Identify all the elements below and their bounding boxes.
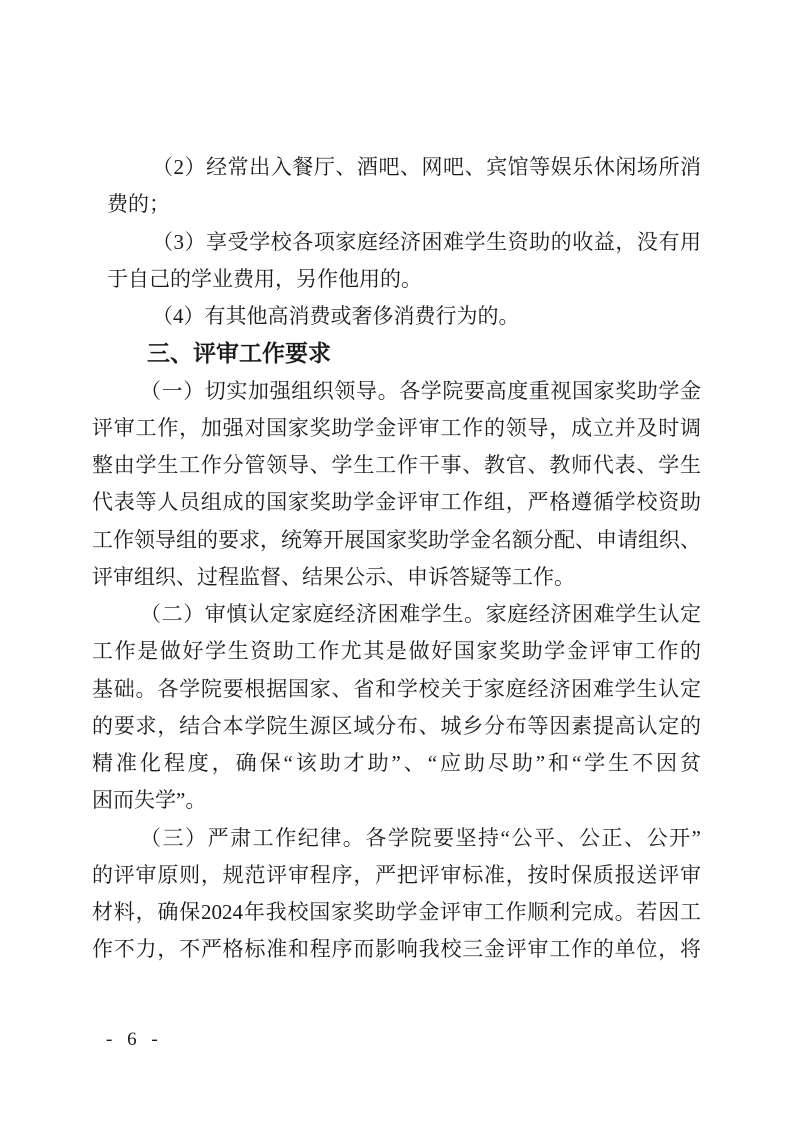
numbered-item-line: （2）经常出入餐厅、酒吧、网吧、宾馆等娱乐休闲场所消 <box>92 149 701 186</box>
paragraph-line: （三）严肃工作纪律。各学院要坚持“公平、公正、公开” <box>92 820 701 857</box>
numbered-item-line: （3）享受学校各项家庭经济困难学生资助的收益，没有用 <box>92 224 701 261</box>
numbered-item-line: 费的； <box>92 186 701 223</box>
paragraph-line: 作不力，不严格标准和程序而影响我校三金评审工作的单位，将 <box>92 931 701 968</box>
paragraph-line: 困而失学”。 <box>92 782 701 819</box>
paragraph-line: 材料，确保2024年我校国家奖助学金评审工作顺利完成。若因工 <box>92 894 701 931</box>
paragraph-lead-phrase: （三）严肃工作纪律。 <box>140 826 365 850</box>
paragraph-text: 各学院要高度重视国家奖助学金 <box>399 379 701 403</box>
numbered-item-line: （4）有其他高消费或奢侈消费行为的。 <box>92 298 701 335</box>
paragraph-text: 各学院要坚持“公平、公正、公开” <box>365 826 701 850</box>
paragraph-line: 工作是做好学生资助工作尤其是做好国家奖助学金评审工作的 <box>92 633 701 670</box>
paragraph-line: 整由学生工作分管领导、学生工作干事、教官、教师代表、学生 <box>92 447 701 484</box>
paragraph-line: 代表等人员组成的国家奖助学金评审工作组，严格遵循学校资助 <box>92 484 701 521</box>
paragraph-line: 工作领导组的要求，统筹开展国家奖助学金名额分配、申请组织、 <box>92 522 701 559</box>
page-footer: - 6 - <box>106 1029 163 1051</box>
paragraph-line: 的要求，结合本学院生源区域分布、城乡分布等因素提高认定的 <box>92 708 701 745</box>
paragraph-line: 基础。各学院要根据国家、省和学校关于家庭经济困难学生认定 <box>92 671 701 708</box>
paragraph-lead-phrase: （一）切实加强组织领导。 <box>140 379 399 403</box>
document-page: （2）经常出入餐厅、酒吧、网吧、宾馆等娱乐休闲场所消 费的； （3）享受学校各项… <box>0 0 793 1122</box>
paragraph-line: （一）切实加强组织领导。各学院要高度重视国家奖助学金 <box>92 373 701 410</box>
paragraph-line: 评审工作，加强对国家奖助学金评审工作的领导，成立并及时调 <box>92 410 701 447</box>
paragraph-line: 评审组织、过程监督、结果公示、申诉答疑等工作。 <box>92 559 701 596</box>
section-heading: 三、评审工作要求 <box>92 335 701 372</box>
paragraph-lead-phrase: （二）审慎认定家庭经济困难学生。 <box>140 602 486 626</box>
numbered-item-line: 于自己的学业费用，另作他用的。 <box>92 261 701 298</box>
page-number: - 6 - <box>106 1029 163 1050</box>
paragraph-line: （二）审慎认定家庭经济困难学生。家庭经济困难学生认定 <box>92 596 701 633</box>
paragraph-line: 的评审原则，规范评审程序，严把评审标准，按时保质报送评审 <box>92 857 701 894</box>
paragraph-text: 家庭经济困难学生认定 <box>486 602 701 626</box>
document-body: （2）经常出入餐厅、酒吧、网吧、宾馆等娱乐休闲场所消 费的； （3）享受学校各项… <box>92 149 701 969</box>
paragraph-line: 精准化程度，确保“该助才助”、“应助尽助”和“学生不因贫 <box>92 745 701 782</box>
